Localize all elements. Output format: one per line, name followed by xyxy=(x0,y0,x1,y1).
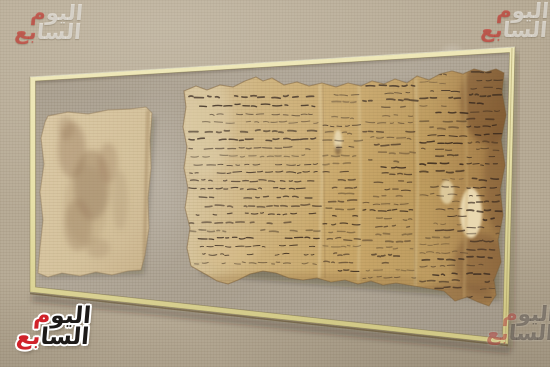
museum-photo-scene: اليوم السابع اليوم السابع اليوم السابع ا… xyxy=(0,0,550,367)
framed-papyrus-artwork xyxy=(0,0,550,367)
